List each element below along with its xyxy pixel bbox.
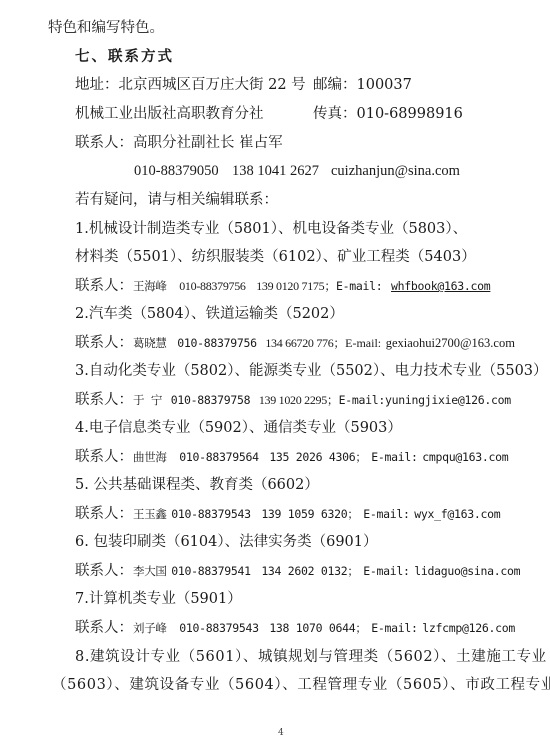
contact-mobile: 135 2026 4306； xyxy=(269,450,366,464)
contact-mobile: 138 1070 0644； xyxy=(269,621,366,635)
category-3-contact: 联系人：于 宁 010-88379758 139 1020 2295；E-mai… xyxy=(75,391,511,409)
category-7-title: 7.计算机类专业（5901） xyxy=(75,590,242,608)
contact-phone: 010-88379541 xyxy=(171,564,250,578)
contact-label: 联系人： xyxy=(75,278,133,294)
category-2-title: 2.汽车类（5804）、铁道运输类（5202） xyxy=(75,305,344,323)
email-label: E-mail: xyxy=(345,336,381,350)
contact-label: 联系人： xyxy=(75,563,133,579)
inquiry-note: 若有疑问，请与相关编辑联系： xyxy=(75,191,278,209)
fax-text: 传真：010-68998916 xyxy=(313,105,463,123)
contact-email[interactable]: lidaguo@sina.com xyxy=(414,564,520,578)
contact-email[interactable]: cmpqu@163.com xyxy=(422,450,508,464)
contact-name: 刘子峰 xyxy=(133,621,167,635)
main-contact-email[interactable]: cuizhanjun@sina.com xyxy=(331,162,460,180)
email-label: E-mail: xyxy=(336,279,382,293)
contact-name: 王玉鑫 xyxy=(133,507,167,521)
section-title: 七、联系方式 xyxy=(75,48,174,66)
email-label: E-mail: xyxy=(371,621,417,635)
category-3-title: 3.自动化类专业（5802）、能源类专业（5502）、电力技术专业（5503） xyxy=(75,362,548,380)
main-contact-mobile: 138 1041 2627 xyxy=(232,162,319,180)
contact-mobile: 134 2602 0132； xyxy=(261,564,358,578)
contact-mobile: 139 0120 7175； xyxy=(256,279,336,293)
email-label: E-mail: xyxy=(339,393,385,407)
contact-email[interactable]: lzfcmp@126.com xyxy=(422,621,515,635)
category-1-contact: 联系人：王海峰 010-88379756 139 0120 7175；E-mai… xyxy=(75,277,490,295)
contact-phone: 010-88379758 xyxy=(171,393,250,407)
contact-phone: 010-88379543 xyxy=(179,621,258,635)
category-4-title: 4.电子信息类专业（5902）、通信类专业（5903） xyxy=(75,419,402,437)
category-8-title-line-2: （5603）、建筑设备专业（5604）、工程管理专业（5605）、市政工程专业 xyxy=(52,676,550,694)
contact-phone: 010-88379543 xyxy=(171,507,250,521)
contact-label: 联系人： xyxy=(75,392,133,408)
contact-label: 联系人： xyxy=(75,620,133,636)
category-4-contact: 联系人：曲世海 010-88379564 135 2026 4306； E-ma… xyxy=(75,448,508,466)
category-5-title: 5. 公共基础课程类、教育类（6602） xyxy=(75,476,319,494)
category-2-contact: 联系人：葛晓慧 010-88379756 134 66720 776；E-mai… xyxy=(75,334,515,352)
category-1-title-line-2: 材料类（5501）、纺织服装类（6102）、矿业工程类（5403） xyxy=(75,248,476,266)
contact-label: 联系人： xyxy=(75,335,133,351)
category-5-contact: 联系人：王玉鑫 010-88379543 139 1059 6320； E-ma… xyxy=(75,505,500,523)
publisher-line: 机械工业出版社高职教育分社 传真：010-68998916 xyxy=(75,105,264,123)
main-contact-label: 联系人：高职分社副社长 崔占军 xyxy=(75,134,283,152)
page-number: 4 xyxy=(278,728,284,738)
contact-name: 王海峰 xyxy=(133,279,167,293)
address-line: 地址：北京西城区百万庄大街 22 号 邮编：100037 xyxy=(75,76,306,94)
category-1-title-line-1: 1.机械设计制造类专业（5801）、机电设备类专业（5803）、 xyxy=(75,220,467,238)
contact-mobile: 134 66720 776； xyxy=(265,336,345,350)
contact-email[interactable]: whfbook@163.com xyxy=(391,279,490,293)
contact-email[interactable]: yuningjixie@126.com xyxy=(385,393,511,407)
email-label: E-mail: xyxy=(363,507,409,521)
contact-name: 于 宁 xyxy=(133,393,162,407)
contact-name: 曲世海 xyxy=(133,450,167,464)
contact-name: 李大国 xyxy=(133,564,167,578)
main-contact-details: 010-88379050 138 1041 2627 cuizhanjun@si… xyxy=(134,162,219,180)
contact-mobile: 139 1020 2295； xyxy=(259,393,339,407)
category-8-title-line-1: 8.建筑设计专业（5601）、城镇规划与管理类（5602）、土建施工专业 xyxy=(75,648,547,666)
contact-label: 联系人： xyxy=(75,506,133,522)
contact-phone: 010-88379756 xyxy=(179,279,245,293)
contact-label: 联系人： xyxy=(75,449,133,465)
contact-mobile: 139 1059 6320； xyxy=(261,507,358,521)
contact-email[interactable]: wyx_f@163.com xyxy=(414,507,500,521)
address-text: 地址：北京西城区百万庄大街 22 号 xyxy=(75,77,306,93)
category-6-title: 6. 包装印刷类（6104）、法律实务类（6901） xyxy=(75,533,378,551)
publisher-name: 机械工业出版社高职教育分社 xyxy=(75,106,264,122)
intro-tail-text: 特色和编写特色。 xyxy=(48,19,164,37)
category-6-contact: 联系人：李大国 010-88379541 134 2602 0132； E-ma… xyxy=(75,562,520,580)
postcode-text: 邮编：100037 xyxy=(313,76,412,94)
email-label: E-mail: xyxy=(371,450,417,464)
contact-name: 葛晓慧 xyxy=(133,336,167,350)
contact-email[interactable]: gexiaohui2700@163.com xyxy=(386,336,515,350)
contact-phone: 010-88379756 xyxy=(177,336,256,350)
email-label: E-mail: xyxy=(363,564,409,578)
main-contact-phone: 010-88379050 xyxy=(134,163,219,179)
category-7-contact: 联系人：刘子峰 010-88379543 138 1070 0644； E-ma… xyxy=(75,619,515,637)
contact-phone: 010-88379564 xyxy=(179,450,258,464)
